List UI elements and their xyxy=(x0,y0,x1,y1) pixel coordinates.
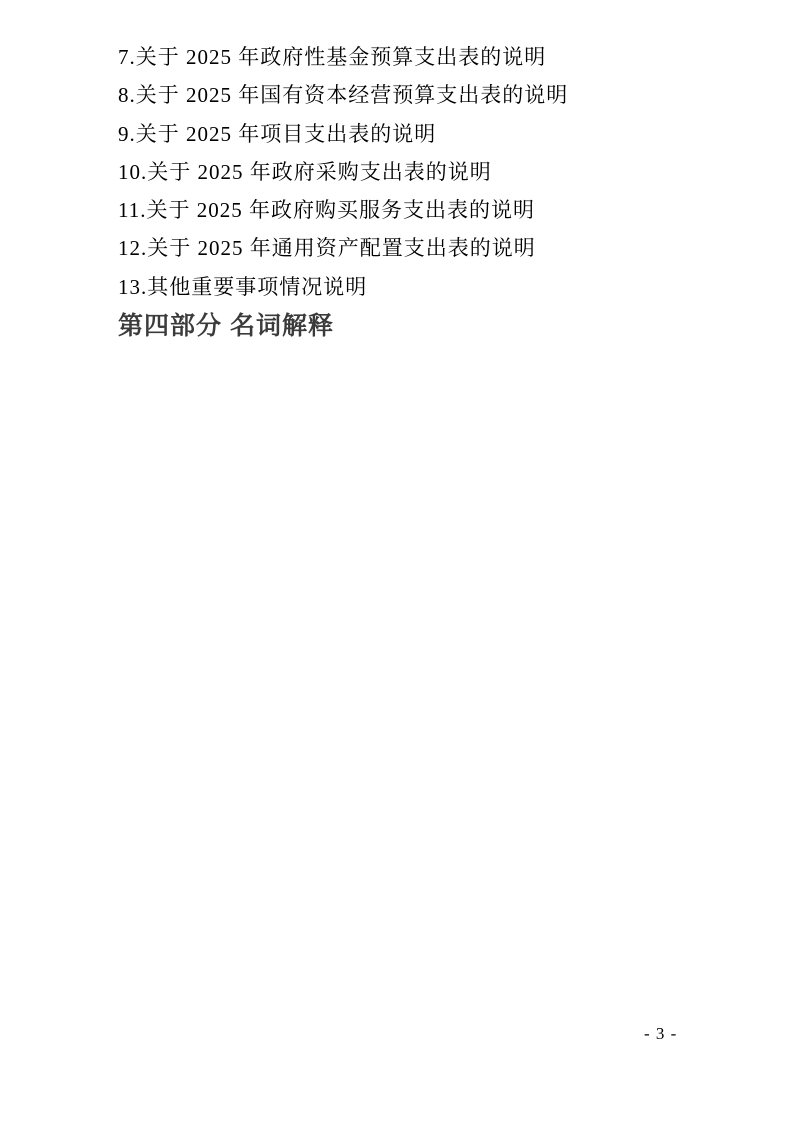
table-of-contents: 7.关于 2025 年政府性基金预算支出表的说明 8.关于 2025 年国有资本… xyxy=(118,38,568,345)
toc-item-12: 12.关于 2025 年通用资产配置支出表的说明 xyxy=(118,229,568,267)
toc-item-13: 13.其他重要事项情况说明 xyxy=(118,268,568,306)
toc-item-8: 8.关于 2025 年国有资本经营预算支出表的说明 xyxy=(118,76,568,114)
toc-item-7: 7.关于 2025 年政府性基金预算支出表的说明 xyxy=(118,38,568,76)
page-number: - 3 - xyxy=(644,1023,677,1045)
toc-item-9: 9.关于 2025 年项目支出表的说明 xyxy=(118,115,568,153)
toc-item-10: 10.关于 2025 年政府采购支出表的说明 xyxy=(118,153,568,191)
document-page: 7.关于 2025 年政府性基金预算支出表的说明 8.关于 2025 年国有资本… xyxy=(0,0,793,1122)
toc-item-11: 11.关于 2025 年政府购买服务支出表的说明 xyxy=(118,191,568,229)
section-heading-part-4: 第四部分 名词解释 xyxy=(118,307,568,345)
